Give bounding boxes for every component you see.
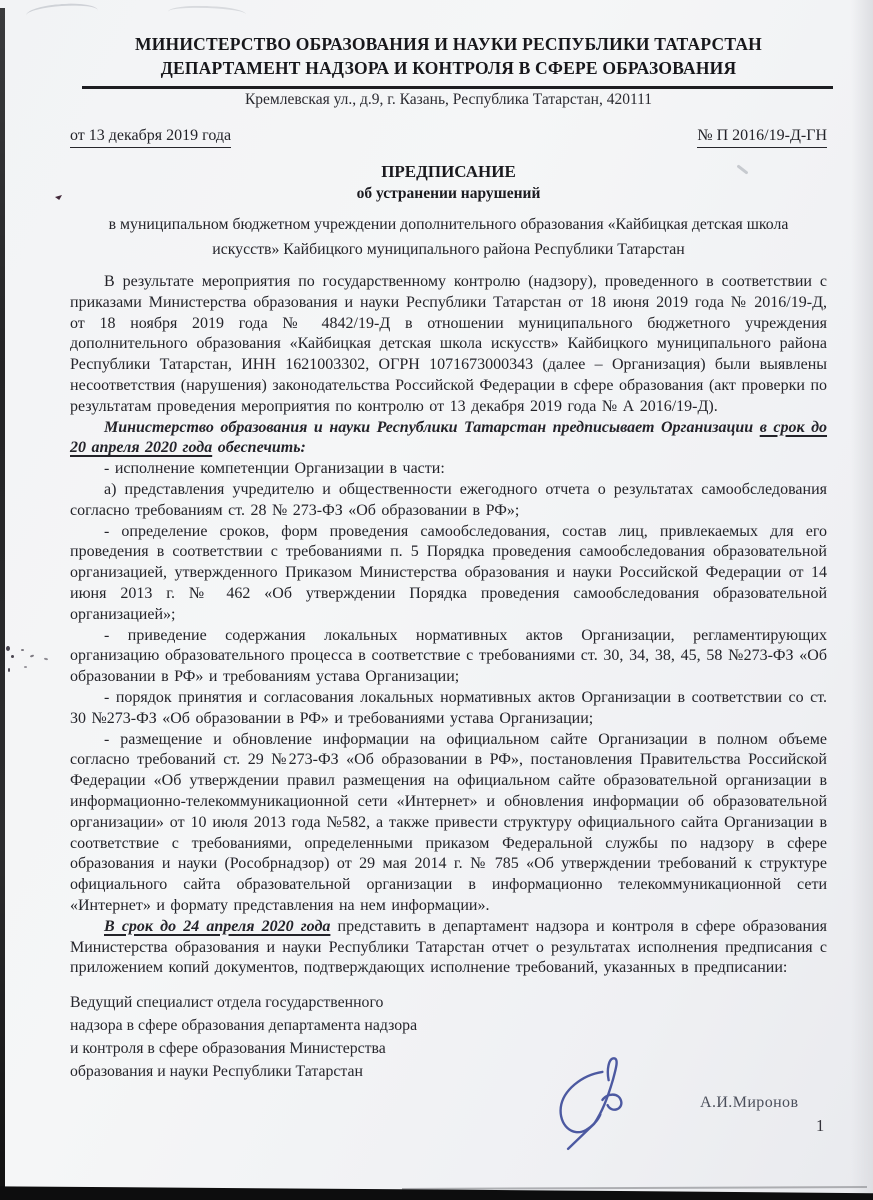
doc-number: № П 2016/19-Д-ГН (697, 127, 827, 148)
letterhead: МИНИСТЕРСТВО ОБРАЗОВАНИЯ И НАУКИ РЕСПУБЛ… (70, 34, 827, 148)
requirement-item: а) представления учредителю и общественн… (70, 480, 827, 522)
signer-position-line: надзора в сфере образования департамента… (70, 1014, 827, 1037)
doc-addressee: в муниципальном бюджетном учреждении доп… (99, 212, 799, 262)
scan-edge-bottom (0, 1180, 873, 1200)
doc-title: ПРЕДПИСАНИЕ (70, 162, 827, 182)
doc-body: В результате мероприятия по государствен… (70, 272, 827, 979)
scan-artifact (25, 2, 98, 25)
requirement-item: - определение сроков, форм проведения са… (70, 522, 827, 626)
page-number: 1 (816, 1116, 824, 1136)
ink-speck (11, 655, 14, 658)
report-deadline: В срок до 24 апреля 2020 года (104, 918, 330, 935)
letterhead-divider (82, 86, 833, 89)
scan-artifact (55, 195, 62, 200)
doc-subtitle: об устранении нарушений (70, 185, 827, 203)
ink-speck (30, 654, 34, 657)
document-content: МИНИСТЕРСТВО ОБРАЗОВАНИЯ И НАУКИ РЕСПУБЛ… (70, 34, 827, 1083)
ink-speck (8, 668, 10, 672)
report-paragraph: В срок до 24 апреля 2020 года представит… (70, 917, 827, 979)
handwritten-signature (540, 1048, 644, 1154)
scan-edge-right (851, 0, 873, 1200)
requirement-item: - порядок принятия и согласования локаль… (70, 688, 827, 730)
doc-meta-row: от 13 декабря 2019 года № П 2016/19-Д-ГН (70, 127, 827, 148)
requirement-item: - приведение содержания локальных нормат… (70, 626, 827, 688)
scan-artifact (168, 5, 246, 22)
department-name: ДЕПАРТАМЕНТ НАДЗОРА И КОНТРОЛЯ В СФЕРЕ О… (70, 58, 827, 79)
ministry-name: МИНИСТЕРСТВО ОБРАЗОВАНИЯ И НАУКИ РЕСПУБЛ… (70, 34, 827, 55)
ink-speck (6, 646, 10, 651)
signer-name: А.И.Миронов (700, 1094, 798, 1112)
ink-speck (24, 666, 27, 668)
requirement-item: - исполнение компетенции Организации в ч… (70, 459, 827, 480)
directive-paragraph: Министерство образования и науки Республ… (70, 418, 827, 460)
directive-lead: Министерство образования и науки Республ… (104, 419, 760, 436)
intro-paragraph: В результате мероприятия по государствен… (70, 272, 827, 418)
scan-artifact (402, 1186, 867, 1190)
ink-speck (21, 649, 24, 651)
signer-position-line: и контроля в сфере образования Министерс… (70, 1037, 827, 1060)
signature-block: Ведущий специалист отдела государственно… (70, 991, 827, 1083)
doc-date: от 13 декабря 2019 года (70, 127, 231, 148)
signer-position-line: Ведущий специалист отдела государственно… (70, 991, 827, 1014)
requirement-item: - размещение и обновление информации на … (70, 730, 827, 917)
document-page: МИНИСТЕРСТВО ОБРАЗОВАНИЯ И НАУКИ РЕСПУБЛ… (0, 0, 873, 1200)
ink-speck (44, 658, 48, 661)
signature-loop (561, 1072, 603, 1132)
directive-tail: обеспечить: (212, 439, 306, 456)
org-address: Кремлевская ул., д.9, г. Казань, Республ… (70, 91, 827, 109)
signature-stroke (568, 1058, 617, 1148)
signer-position-line: образования и науки Республики Татарстан (70, 1060, 827, 1083)
scan-edge-left (0, 8, 5, 1200)
